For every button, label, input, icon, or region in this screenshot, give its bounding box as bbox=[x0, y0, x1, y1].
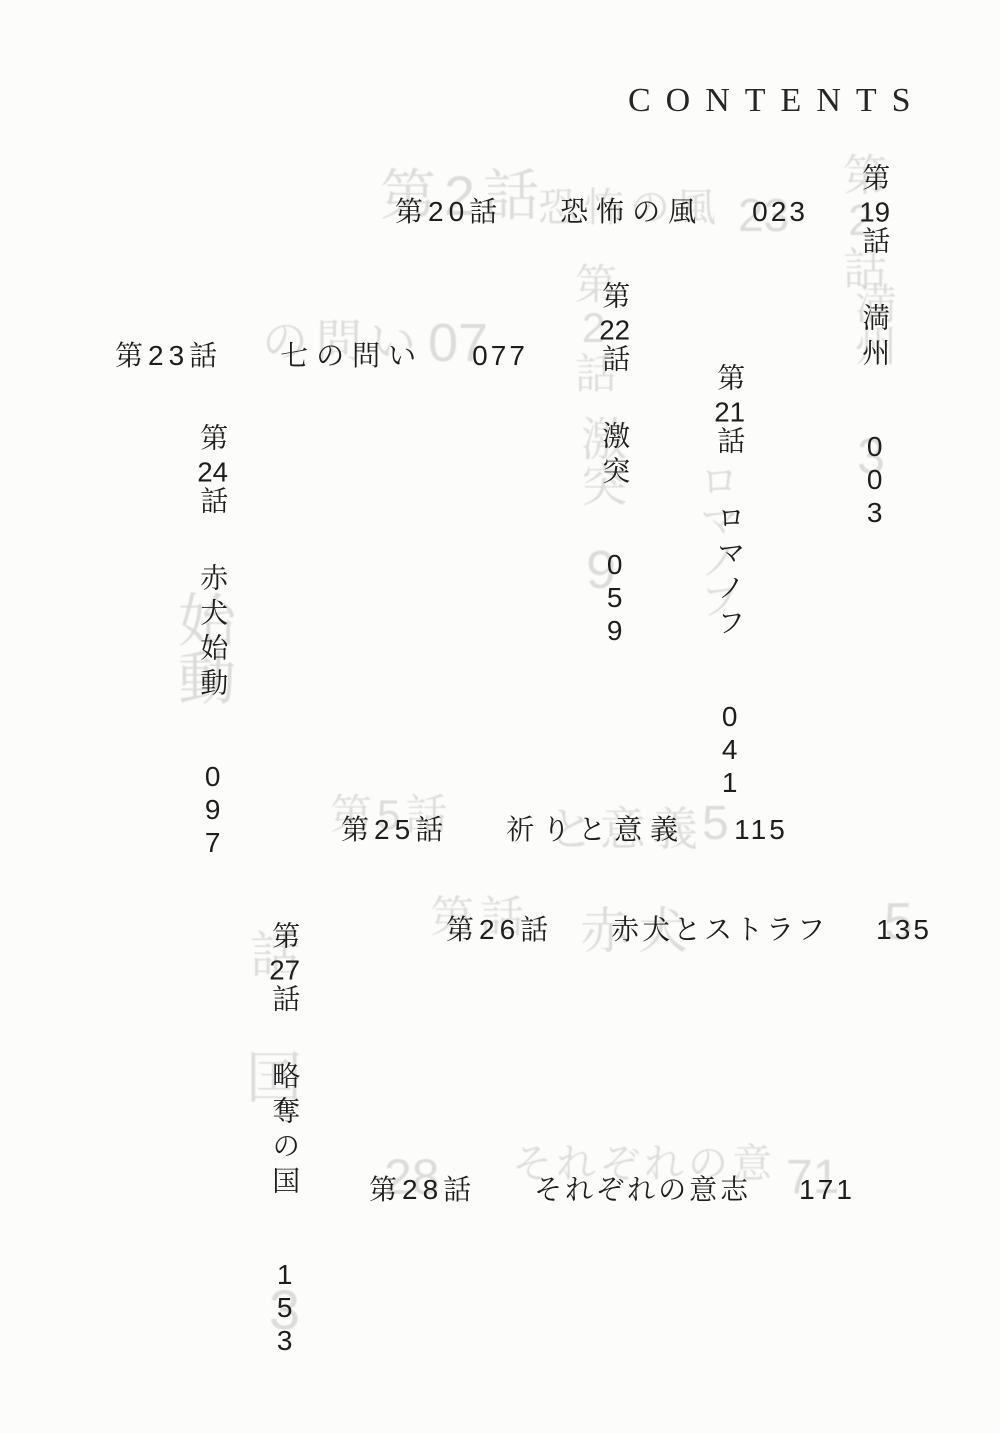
chapter-suffix: 話 bbox=[859, 226, 890, 261]
chapter-label: 第24話 bbox=[196, 423, 228, 521]
page-number: 059 bbox=[598, 549, 630, 648]
chapter-title: 赤犬とストラフ bbox=[611, 914, 828, 946]
chapter-number: 22 bbox=[599, 316, 630, 344]
chapter-title: 激突 bbox=[598, 421, 630, 491]
page-number: 041 bbox=[713, 701, 745, 800]
chapter-label: 第23話 bbox=[115, 340, 222, 372]
chapter-label: 第20話 bbox=[395, 196, 502, 228]
chapter-prefix: 第 bbox=[197, 423, 228, 458]
chapter-suffix: 話 bbox=[197, 486, 228, 521]
page-number: 115 bbox=[734, 814, 788, 846]
toc-page: 第2話 恐怖の風 23 第2話 満州 3 第2話 激突 9 ロマノフ の問い 0… bbox=[0, 0, 1000, 1433]
chapter-title: 七の問い bbox=[280, 340, 424, 372]
toc-entry-ch25: 第25話祈りと意義115 bbox=[341, 814, 788, 846]
chapter-prefix: 第 bbox=[714, 363, 745, 398]
chapter-suffix: 話 bbox=[269, 984, 300, 1019]
chapter-title: 赤犬始動 bbox=[196, 563, 228, 703]
chapter-number: 21 bbox=[714, 398, 745, 426]
chapter-number: 19 bbox=[859, 198, 890, 226]
page-number: 153 bbox=[268, 1259, 300, 1358]
chapter-label: 第28話 bbox=[369, 1174, 476, 1206]
toc-entry-ch28: 第28話それぞれの意志171 bbox=[369, 1174, 855, 1206]
chapter-label: 第26話 bbox=[446, 914, 553, 946]
chapter-number: 27 bbox=[269, 956, 300, 984]
chapter-prefix: 第 bbox=[269, 921, 300, 956]
page-number: 077 bbox=[472, 340, 528, 372]
chapter-label: 第19話 bbox=[858, 163, 890, 261]
chapter-title: 略奪の国 bbox=[268, 1061, 300, 1201]
chapter-suffix: 話 bbox=[714, 426, 745, 461]
chapter-label: 第22話 bbox=[598, 281, 630, 379]
chapter-label: 第21話 bbox=[713, 363, 745, 461]
chapter-title: それぞれの意志 bbox=[534, 1174, 751, 1206]
chapter-suffix: 話 bbox=[599, 344, 630, 379]
toc-entry-ch26: 第26話赤犬とストラフ135 bbox=[446, 914, 932, 946]
chapter-label: 第27話 bbox=[268, 921, 300, 1019]
page-title: CONTENTS bbox=[628, 84, 926, 118]
toc-entry-ch19: 第19話満州003 bbox=[858, 163, 890, 530]
toc-entry-ch27: 第27話略奪の国153 bbox=[268, 921, 300, 1358]
page-number: 135 bbox=[876, 914, 932, 946]
toc-entry-ch20: 第20話恐怖の風023 bbox=[395, 196, 808, 228]
page-number: 171 bbox=[799, 1174, 855, 1206]
page-number: 023 bbox=[752, 196, 808, 228]
toc-entry-ch21: 第21話ロマノフ041 bbox=[713, 363, 745, 800]
page-number: 097 bbox=[196, 761, 228, 860]
page-number: 003 bbox=[858, 431, 890, 530]
chapter-number: 24 bbox=[197, 458, 228, 486]
chapter-prefix: 第 bbox=[859, 163, 890, 198]
toc-entry-ch23: 第23話七の問い077 bbox=[115, 340, 528, 372]
chapter-title: 祈りと意義 bbox=[506, 814, 686, 846]
chapter-title: 満州 bbox=[858, 303, 890, 373]
chapter-prefix: 第 bbox=[599, 281, 630, 316]
toc-entry-ch24: 第24話赤犬始動097 bbox=[196, 423, 228, 860]
toc-entry-ch22: 第22話激突059 bbox=[598, 281, 630, 648]
chapter-label: 第25話 bbox=[341, 814, 448, 846]
chapter-title: ロマノフ bbox=[713, 503, 745, 643]
chapter-title: 恐怖の風 bbox=[560, 196, 704, 228]
